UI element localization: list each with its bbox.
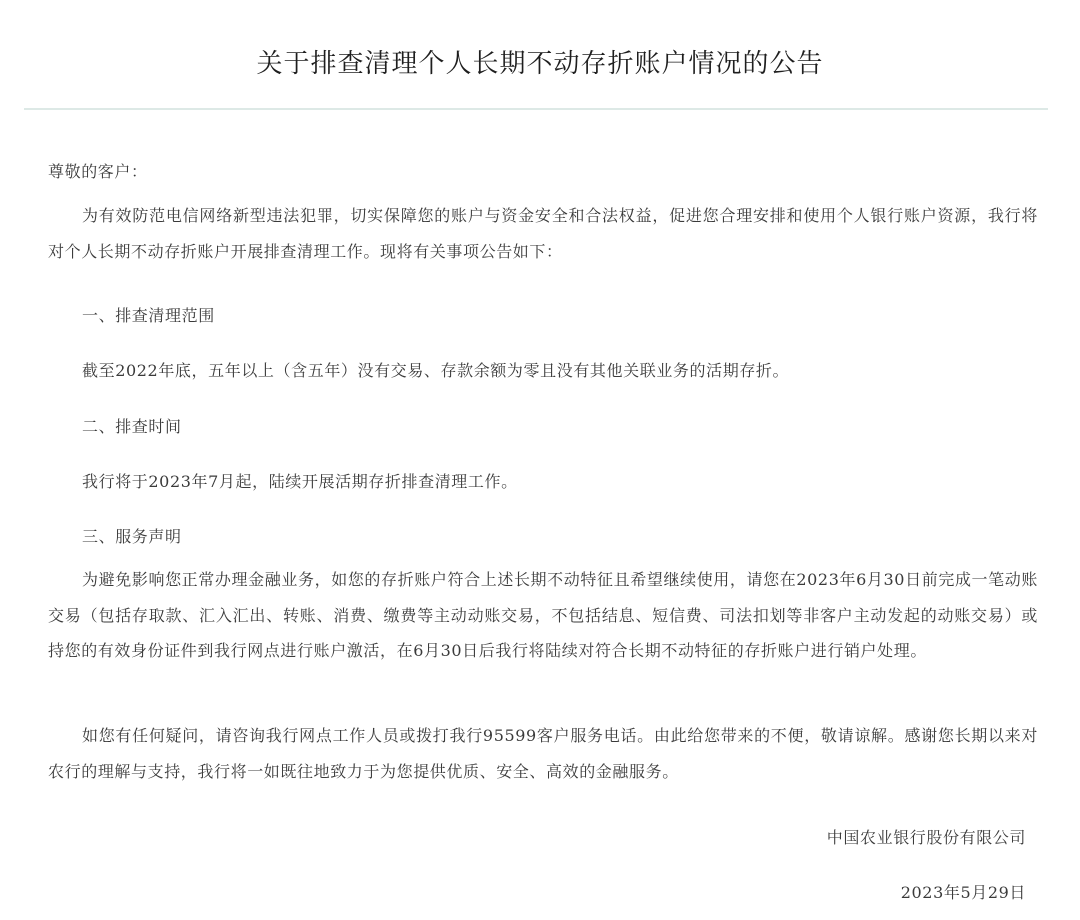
section-heading-time: 二、排查时间 <box>82 415 182 439</box>
section-heading-scope: 一、排查清理范围 <box>82 304 215 328</box>
title-divider <box>24 108 1048 110</box>
closing-paragraph: 如您有任何疑问，请咨询我行网点工作人员或拨打我行95599客户服务电话。由此给您… <box>48 718 1038 789</box>
salutation: 尊敬的客户： <box>48 160 148 184</box>
signature-organization: 中国农业银行股份有限公司 <box>827 826 1026 850</box>
section-body-time: 我行将于2023年7月起，陆续开展活期存折排查清理工作。 <box>82 470 518 494</box>
section-body-service: 为避免影响您正常办理金融业务，如您的存折账户符合上述长期不动特征且希望继续使用，… <box>48 562 1038 669</box>
signature-date: 2023年5月29日 <box>901 881 1026 905</box>
intro-paragraph: 为有效防范电信网络新型违法犯罪，切实保障您的账户与资金安全和合法权益，促进您合理… <box>48 198 1038 269</box>
page-title: 关于排查清理个人长期不动存折账户情况的公告 <box>0 44 1080 84</box>
section-body-scope: 截至2022年底，五年以上（含五年）没有交易、存款余额为零且没有其他关联业务的活… <box>82 359 789 383</box>
section-heading-service: 三、服务声明 <box>82 525 182 549</box>
